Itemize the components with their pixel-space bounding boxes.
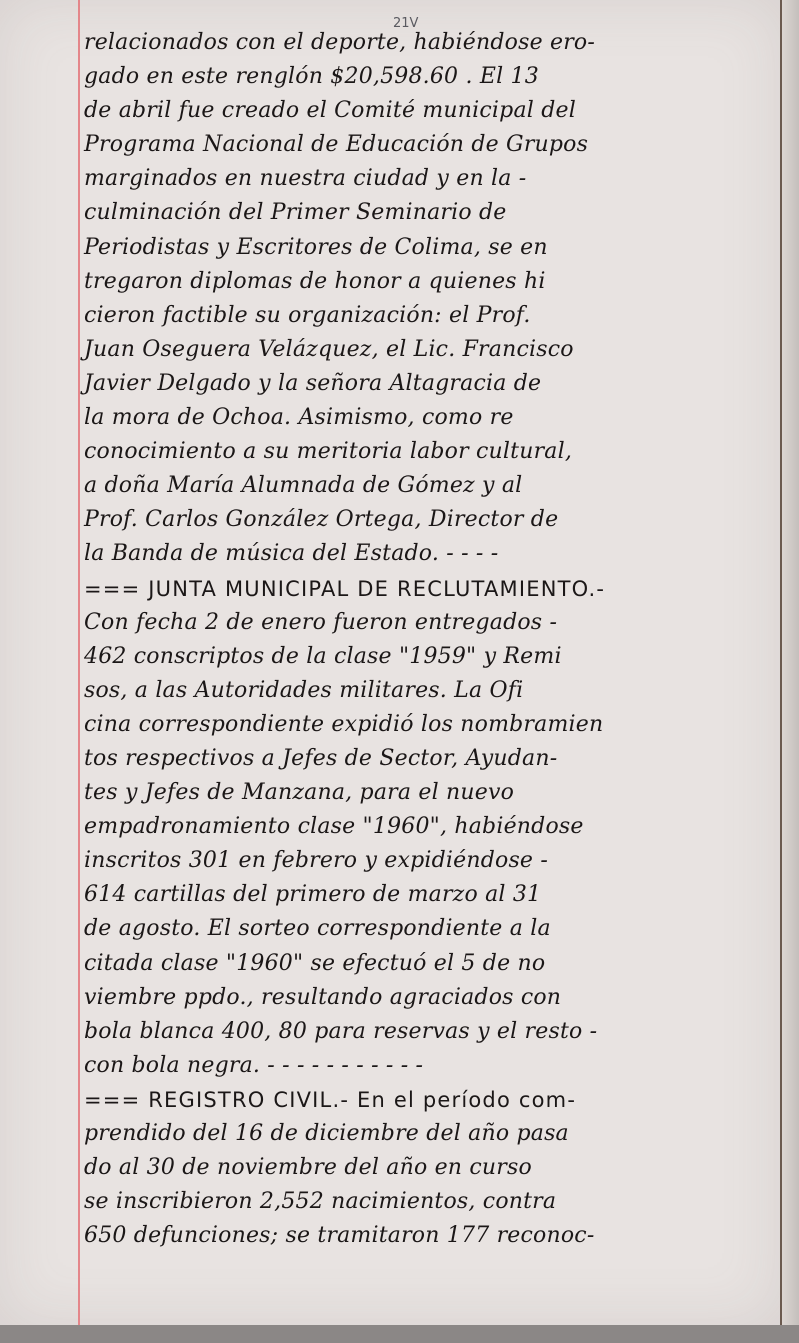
- text-line: viembre ppdo., resultando agraciados con: [84, 981, 774, 1015]
- text-line: tos respectivos a Jefes de Sector, Ayuda…: [84, 742, 774, 776]
- text-line: Periodistas y Escritores de Colima, se e…: [84, 231, 774, 265]
- text-line: Prof. Carlos González Ortega, Director d…: [84, 503, 774, 537]
- text-line: tes y Jefes de Manzana, para el nuevo: [84, 776, 774, 810]
- text-line: marginados en nuestra ciudad y en la -: [84, 162, 774, 196]
- text-line: la Banda de música del Estado. - - - -: [84, 537, 774, 571]
- text-line: la mora de Ochoa. Asimismo, como re: [84, 401, 774, 435]
- text-line: bola blanca 400, 80 para reservas y el r…: [84, 1015, 774, 1049]
- text-line: inscritos 301 en febrero y expidiéndose …: [84, 844, 774, 878]
- text-line: Juan Oseguera Velázquez, el Lic. Francis…: [84, 333, 774, 367]
- text-line: empadronamiento clase "1960", habiéndose: [84, 810, 774, 844]
- text-line: se inscribieron 2,552 nacimientos, contr…: [84, 1185, 774, 1219]
- section-heading-junta-municipal: === JUNTA MUNICIPAL DE RECLUTAMIENTO.-: [84, 572, 774, 606]
- text-line: sos, a las Autoridades militares. La Ofi: [84, 674, 774, 708]
- section-heading-registro-civil: === REGISTRO CIVIL.- En el período com-: [84, 1083, 774, 1117]
- text-line: Programa Nacional de Educación de Grupos: [84, 128, 774, 162]
- text-line: 614 cartillas del primero de marzo al 31: [84, 878, 774, 912]
- background-surface: [0, 1325, 799, 1343]
- text-line: cina correspondiente expidió los nombram…: [84, 708, 774, 742]
- text-line: culminación del Primer Seminario de: [84, 196, 774, 230]
- text-line: a doña María Alumnada de Gómez y al: [84, 469, 774, 503]
- text-line: relacionados con el deporte, habiéndose …: [84, 26, 774, 60]
- text-line: de agosto. El sorteo correspondiente a l…: [84, 912, 774, 946]
- text-line: tregaron diplomas de honor a quienes hi: [84, 265, 774, 299]
- text-line: gado en este renglón $20,598.60 . El 13: [84, 60, 774, 94]
- page-stack-edge: [782, 0, 799, 1343]
- text-line: Javier Delgado y la señora Altagracia de: [84, 367, 774, 401]
- text-line: citada clase "1960" se efectuó el 5 de n…: [84, 947, 774, 981]
- text-line: do al 30 de noviembre del año en curso: [84, 1151, 774, 1185]
- text-line: Con fecha 2 de enero fueron entregados -: [84, 606, 774, 640]
- red-margin-line: [78, 0, 80, 1325]
- notebook-page: 21V relacionados con el deporte, habiénd…: [0, 0, 782, 1325]
- text-line: con bola negra. - - - - - - - - - - -: [84, 1049, 774, 1083]
- handwritten-text-body: relacionados con el deporte, habiéndose …: [84, 26, 774, 1253]
- text-line: conocimiento a su meritoria labor cultur…: [84, 435, 774, 469]
- text-line: 650 defunciones; se tramitaron 177 recon…: [84, 1219, 774, 1253]
- text-line: prendido del 16 de diciembre del año pas…: [84, 1117, 774, 1151]
- text-line: 462 conscriptos de la clase "1959" y Rem…: [84, 640, 774, 674]
- text-line: cieron factible su organización: el Prof…: [84, 299, 774, 333]
- text-line: de abril fue creado el Comité municipal …: [84, 94, 774, 128]
